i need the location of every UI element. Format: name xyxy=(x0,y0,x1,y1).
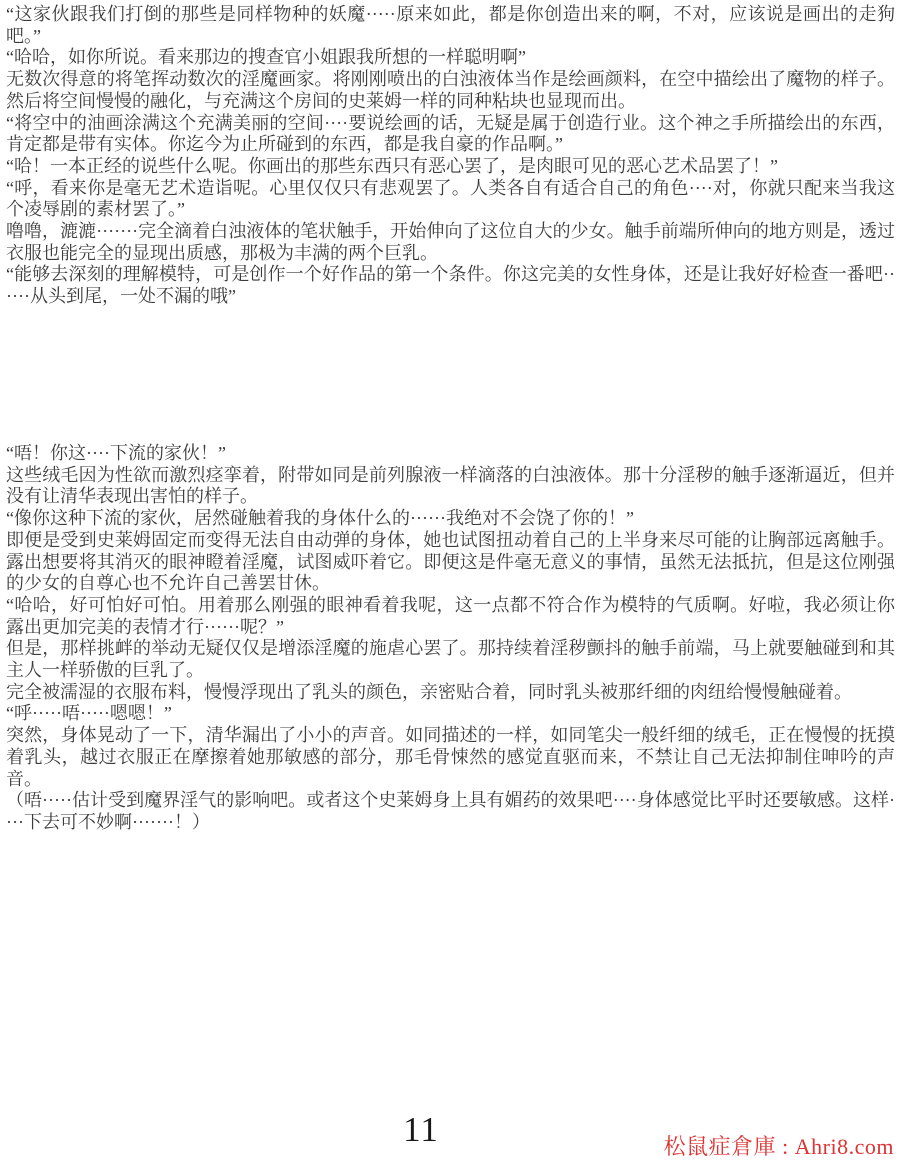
paragraph: “这家伙跟我们打倒的那些是同样物种的妖魔·····原来如此，都是你创造出来的啊，… xyxy=(6,4,895,47)
paragraph: “像你这种下流的家伙，居然碰触着我的身体什么的······我绝对不会饶了你的！” xyxy=(6,508,895,530)
story-text-block-bottom: “唔！你这····下流的家伙！” 这些绒毛因为性欲而激烈痉挛着，附带如同是前列腺… xyxy=(6,443,895,834)
paragraph: 但是，那样挑衅的举动无疑仅仅是增添淫魔的施虐心罢了。那持续着淫秽颤抖的触手前端，… xyxy=(6,638,895,681)
paragraph: “哈！一本正经的说些什么呢。你画出的那些东西只有恶心罢了，是肉眼可见的恶心艺术品… xyxy=(6,156,895,178)
paragraph: “呼·····唔·····嗯嗯！” xyxy=(6,703,895,725)
paragraph: 噜噜，漉漉·······完全滴着白浊液体的笔状触手，开始伸向了这位自大的少女。触… xyxy=(6,221,895,264)
paragraph: “唔！你这····下流的家伙！” xyxy=(6,443,895,465)
paragraph: “能够去深刻的理解模特，可是创作一个好作品的第一个条件。你这完美的女性身体，还是… xyxy=(6,264,895,307)
paragraph: “哈哈，好可怕好可怕。用着那么刚强的眼神看着我呢，这一点都不符合作为模特的气质啊… xyxy=(6,595,895,638)
paragraph: 这些绒毛因为性欲而激烈痉挛着，附带如同是前列腺液一样滴落的白浊液体。那十分淫秽的… xyxy=(6,465,895,508)
site-watermark: 松鼠症倉庫 : Ahri8.com xyxy=(664,1130,894,1160)
paragraph: 即便是受到史莱姆固定而变得无法自由动弹的身体，她也试图扭动着自己的上半身来尽可能… xyxy=(6,530,895,595)
paragraph: “呼，看来你是毫无艺术造诣呢。心里仅仅只有悲观罢了。人类各自有适合自己的角色··… xyxy=(6,178,895,221)
paragraph: 无数次得意的将笔挥动数次的淫魔画家。将刚刚喷出的白浊液体当作是绘画颜料，在空中描… xyxy=(6,69,895,112)
story-text-block-top: “这家伙跟我们打倒的那些是同样物种的妖魔·····原来如此，都是你创造出来的啊，… xyxy=(6,4,895,308)
paragraph: （唔·····估计受到魔界淫气的影响吧。或者这个史莱姆身上具有媚药的效果吧···… xyxy=(6,790,895,833)
paragraph: “将空中的油画涂满这个充满美丽的空间····要说绘画的话，无疑是属于创造行业。这… xyxy=(6,113,895,156)
paragraph: 完全被濡湿的衣服布料，慢慢浮现出了乳头的颜色，亲密贴合着，同时乳头被那纤细的肉纽… xyxy=(6,682,895,704)
paragraph: 突然，身体晃动了一下，清华漏出了小小的声音。如同描述的一样，如同笔尖一般纤细的绒… xyxy=(6,725,895,790)
paragraph: “哈哈，如你所说。看来那边的搜查官小姐跟我所想的一样聪明啊” xyxy=(6,47,895,69)
